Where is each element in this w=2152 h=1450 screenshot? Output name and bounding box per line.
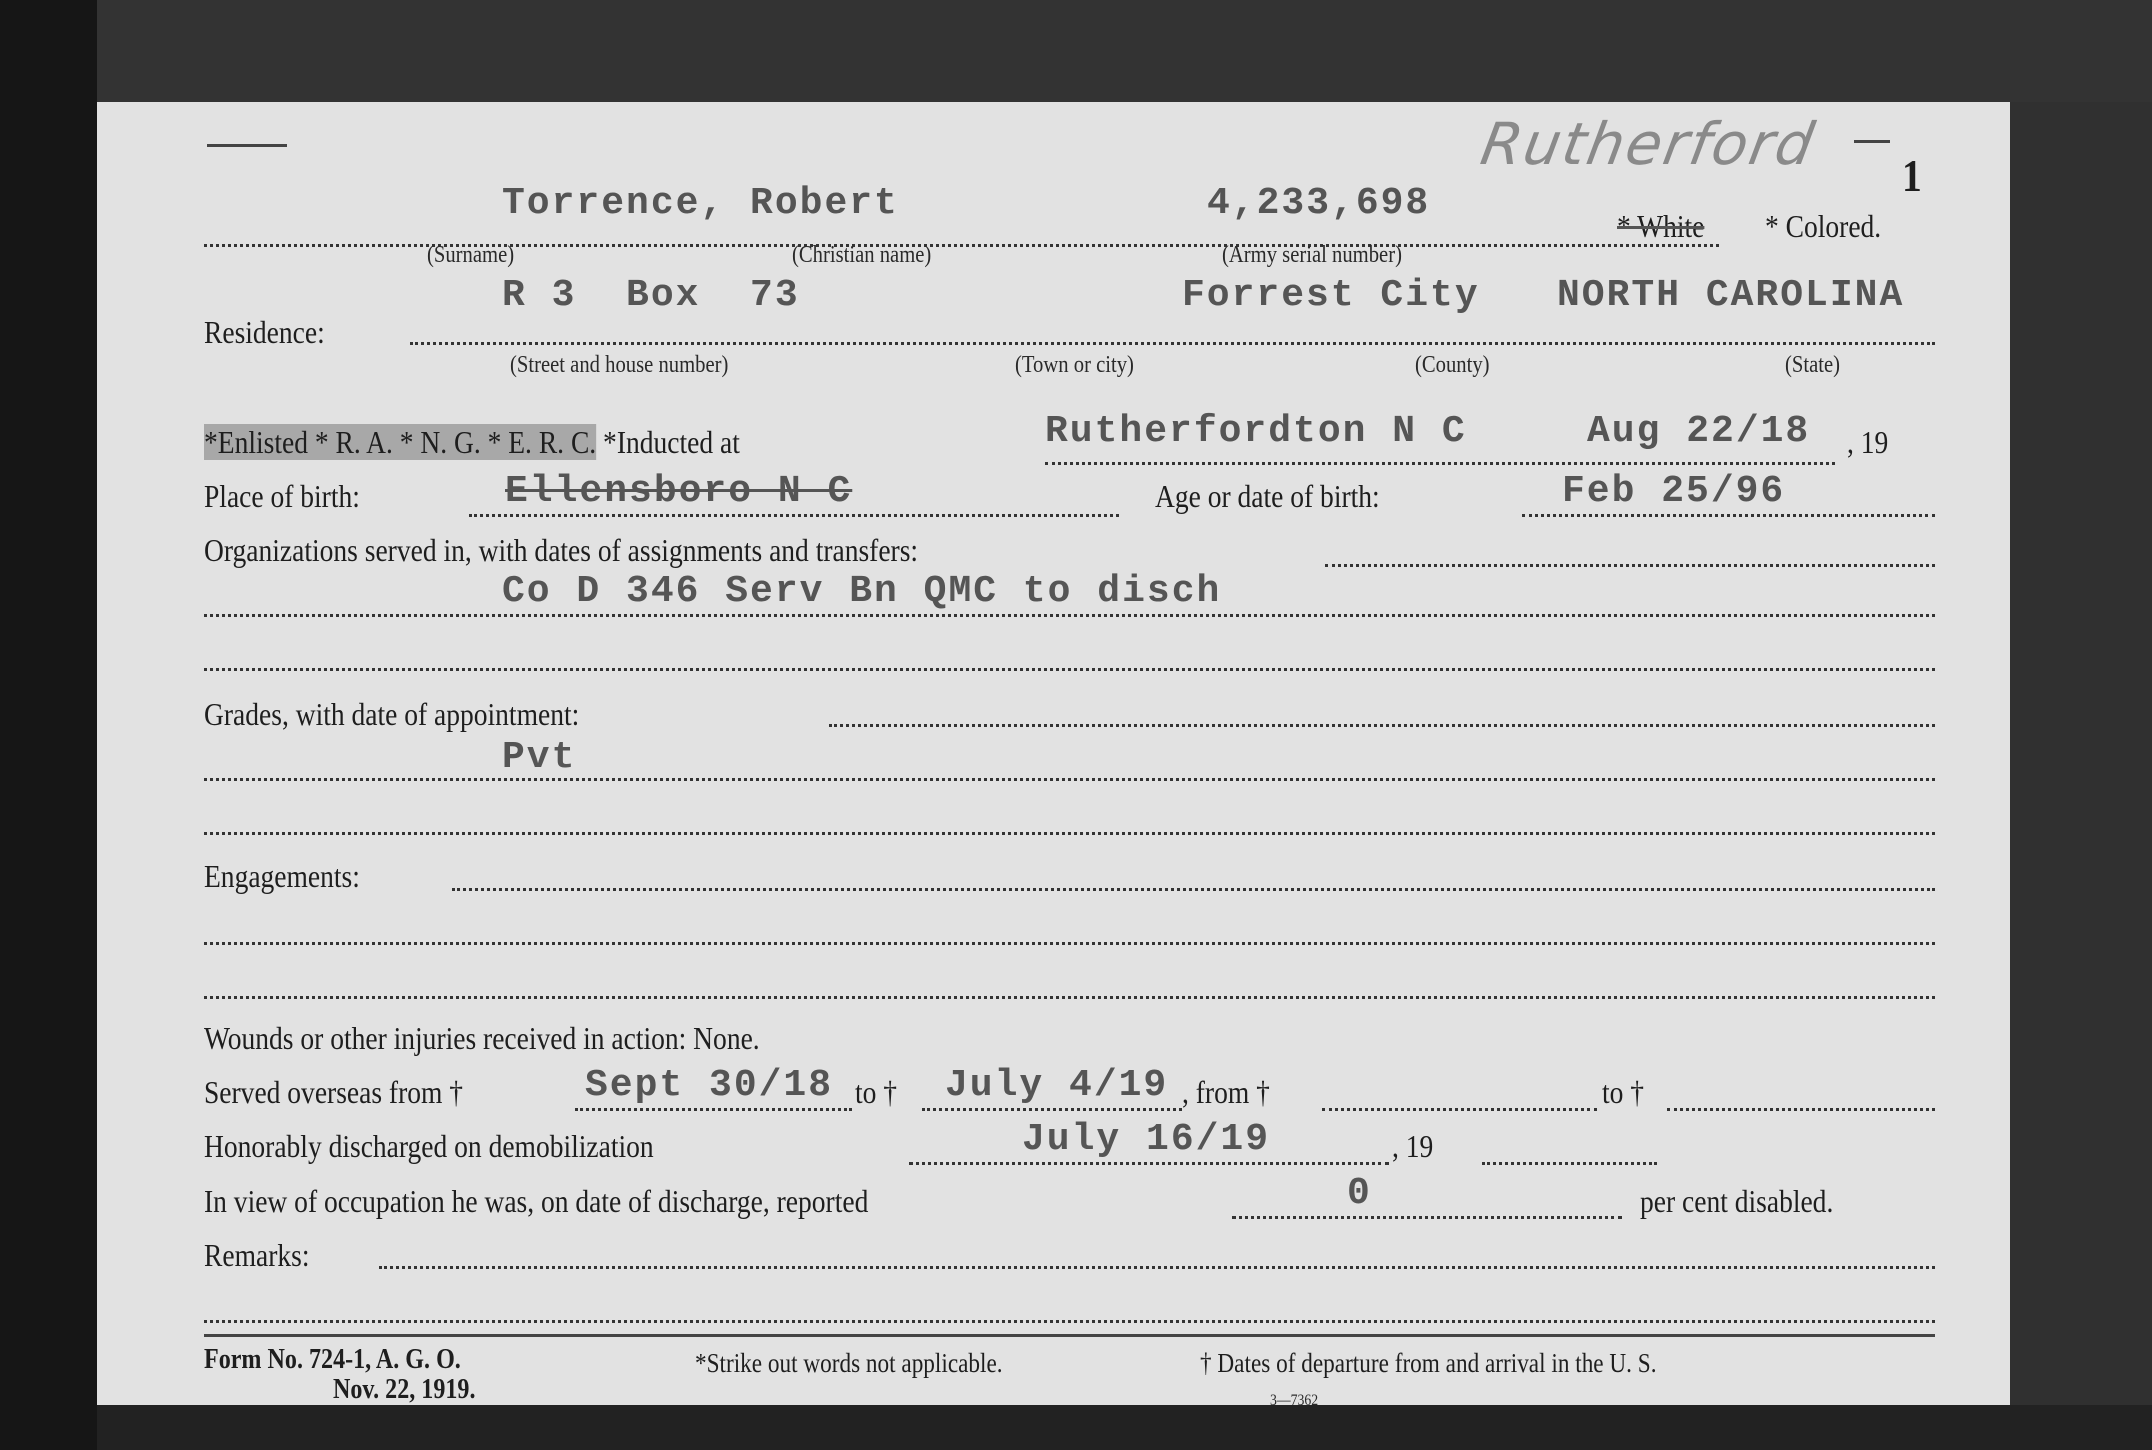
strike-out-note: *Strike out words not applicable. [695,1348,1003,1379]
surname-label: (Surname) [427,242,514,269]
overseas-from-line [575,1108,852,1111]
residence-line [410,342,1935,345]
organizations-line-3 [204,668,1935,671]
place-of-birth-label: Place of birth: [204,478,360,515]
residence-state-value: NORTH CAROLINA [1557,274,1904,317]
overseas-from-value: Sept 30/18 [585,1064,833,1107]
remarks-line-2 [204,1320,1935,1323]
percent-disabled-line [1232,1216,1622,1219]
honorably-discharged-label: Honorably discharged on demobilization [204,1128,654,1165]
organization-value: Co D 346 Serv Bn QMC to disch [502,570,1221,613]
residence-town-value: Forrest City [1182,274,1480,317]
state-label: (State) [1785,352,1840,379]
overseas-to2-line [1667,1108,1935,1111]
engagements-label: Engagements: [204,858,360,895]
race-white-option: * White [1617,208,1704,245]
grade-value: Pvt [502,736,576,779]
organizations-line-2 [204,614,1935,617]
overseas-from2-label: , from † [1182,1074,1270,1111]
overseas-to-value: July 4/19 [945,1064,1168,1107]
enlistment-options-struck: *Enlisted * R. A. * N. G. * E. R. C. [204,424,596,460]
residence-street-value: R 3 Box 73 [502,274,800,317]
card-number: 1 [1902,149,1922,202]
scan-border-left [0,0,97,1450]
remarks-label: Remarks: [204,1237,309,1274]
inducted-at-label: *Inducted at [596,424,740,460]
date-of-birth-value: Feb 25/96 [1562,470,1785,513]
card-number-bracket [1854,140,1890,143]
served-overseas-label: Served overseas from † [204,1074,463,1111]
place-of-birth-line [469,514,1119,517]
army-serial-label: (Army serial number) [1222,242,1402,269]
footer-rule [204,1334,1935,1337]
engagements-line-2 [204,942,1935,945]
year-suffix-label: , 19 [1847,424,1888,461]
county-handwritten: Rutherford [1476,110,1821,178]
date-of-birth-line [1522,514,1935,517]
grades-line-1 [829,724,1935,727]
scan-border-right [2010,102,2152,1405]
overseas-from2-line [1322,1108,1597,1111]
grades-line-2 [204,778,1935,781]
discharge-date-line [909,1162,1389,1165]
organizations-line-1 [1325,564,1935,567]
grades-label: Grades, with date of appointment: [204,696,579,733]
age-dob-label: Age or date of birth: [1155,478,1380,515]
engagements-line-1 [452,888,1935,891]
street-label: (Street and house number) [510,352,728,379]
percent-disabled-value: 0 [1347,1172,1372,1215]
organizations-label: Organizations served in, with dates of a… [204,532,918,569]
scan-border-top [97,0,2152,102]
form-date: Nov. 22, 1919. [333,1374,475,1406]
discharge-date-value: July 16/19 [1022,1118,1270,1161]
in-view-of-label: In view of occupation he was, on date of… [204,1183,868,1220]
overseas-to-label: to † [855,1074,897,1111]
wounds-value: None. [693,1020,759,1056]
dates-note: † Dates of departure from and arrival in… [1200,1348,1657,1379]
discharge-year-label: , 19 [1392,1128,1433,1165]
overseas-to2-label: to † [1602,1074,1644,1111]
engagements-line-3 [204,996,1935,999]
county-label: (County) [1415,352,1490,379]
wounds-row: Wounds or other injuries received in act… [204,1020,760,1057]
inducted-line [1045,462,1835,465]
soldier-name: Torrence, Robert [502,182,899,225]
top-left-mark [207,144,287,147]
overseas-to-line [922,1108,1182,1111]
per-cent-disabled-label: per cent disabled. [1640,1183,1833,1220]
grades-line-3 [204,832,1935,835]
residence-label: Residence: [204,314,325,351]
scan-border-bottom [97,1405,2152,1450]
race-colored-option: * Colored. [1765,208,1881,245]
form-number: Form No. 724-1, A. G. O. [204,1344,461,1376]
service-record-card: Rutherford 1 Torrence, Robert 4,233,698 … [97,102,2010,1405]
enlistment-type-options: *Enlisted * R. A. * N. G. * E. R. C. *In… [204,424,740,461]
place-of-birth-value: Ellensboro N C [505,470,852,513]
inducted-date-value: Aug 22/18 [1587,410,1810,453]
inducted-place-value: Rutherfordton N C [1045,410,1467,453]
discharge-year-line [1482,1162,1657,1165]
remarks-line-1 [379,1266,1935,1269]
wounds-label: Wounds or other injuries received in act… [204,1020,686,1056]
christian-name-label: (Christian name) [792,242,931,269]
serial-number: 4,233,698 [1207,182,1430,225]
town-label: (Town or city) [1015,352,1134,379]
print-code: 3—7362 [1270,1392,1318,1410]
